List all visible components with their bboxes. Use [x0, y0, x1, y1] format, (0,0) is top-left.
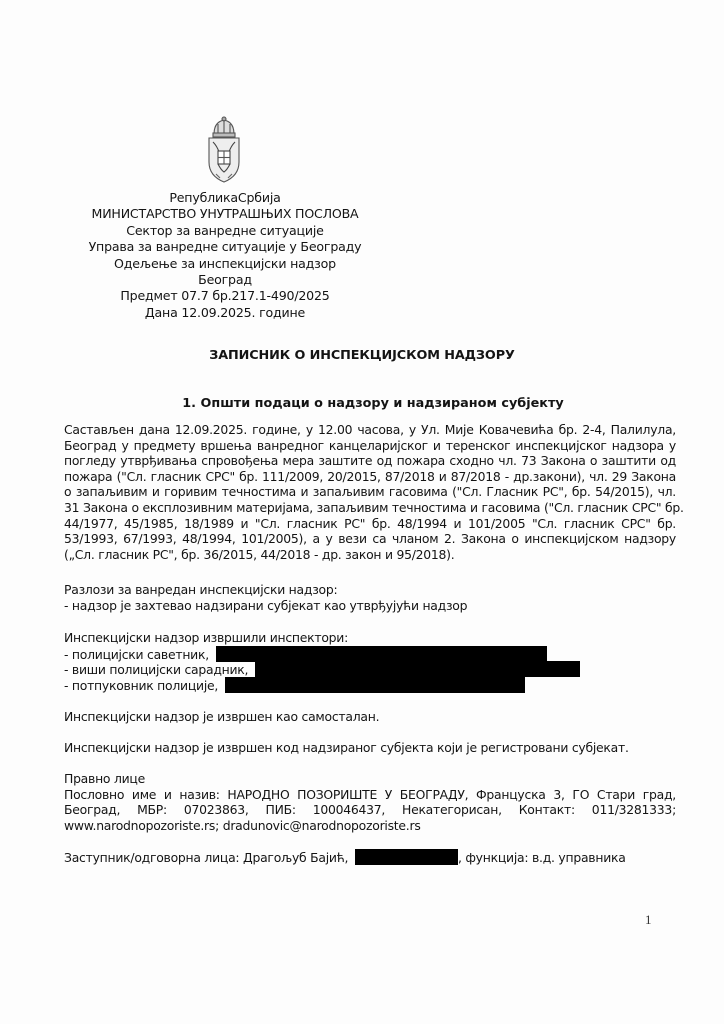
document-page: РепубликаСрбија МИНИСТАРСТВО УНУТРАШЊИХ …	[0, 0, 724, 1024]
reasons-block: Разлози за ванредан инспекцијски надзор:…	[64, 582, 467, 613]
intro-line: пожара ("Сл. гласник СРС" бр. 111/2009, …	[64, 469, 676, 485]
legal-entity-line: www.narodnopozoriste.rs; dradunovic@naro…	[64, 818, 676, 834]
serbian-coat-of-arms-icon	[206, 116, 242, 184]
inspectors-label: Инспекцијски надзор извршили инспектори:	[64, 630, 580, 646]
intro-line: Београд у предмету вршења ванредног канц…	[64, 438, 676, 454]
legal-entity-line: Пословно име и назив: НАРОДНО ПОЗОРИШТЕ …	[64, 787, 676, 803]
inspector-row: - потпуковник полиције,	[64, 677, 580, 694]
letterhead-case-number: Предмет 07.7 бр.217.1-490/2025	[60, 288, 390, 304]
section-title: 1. Општи подаци о надзору и надзираном с…	[0, 396, 724, 411]
inspectors-block: Инспекцијски надзор извршили инспектори:…	[64, 630, 580, 693]
representative-prefix: Заступник/одговорна лица: Драгољуб Бајић…	[64, 850, 348, 865]
inspector-role: - полицијски саветник,	[64, 647, 209, 662]
page-number: 1	[645, 912, 652, 928]
reasons-label: Разлози за ванредан инспекцијски надзор:	[64, 582, 467, 598]
letterhead-date: Дана 12.09.2025. године	[60, 305, 390, 321]
registered-statement: Инспекцијски надзор је извршен код надзи…	[64, 740, 629, 756]
legal-entity-block: Правно лице Пословно име и назив: НАРОДН…	[64, 771, 676, 833]
redaction-bar	[355, 849, 458, 865]
representative-line: Заступник/одговорна лица: Драгољуб Бајић…	[64, 849, 626, 866]
intro-line: 44/1977, 45/1985, 18/1989 и "Сл. гласник…	[64, 516, 676, 532]
representative-suffix: , функција: в.д. управника	[458, 850, 626, 865]
letterhead-city: Београд	[60, 272, 390, 288]
redaction-bar	[255, 661, 580, 677]
legal-entity-line: Београд, МБР: 07023863, ПИБ: 100046437, …	[64, 802, 676, 818]
intro-line: („Сл. гласник РС", бр. 36/2015, 44/2018 …	[64, 547, 676, 563]
independent-statement: Инспекцијски надзор је извршен као самос…	[64, 709, 379, 725]
redaction-bar	[216, 646, 547, 662]
redaction-bar	[225, 677, 525, 693]
letterhead-ministry: МИНИСТАРСТВО УНУТРАШЊИХ ПОСЛОВА	[60, 206, 390, 222]
intro-line: 53/1993, 67/1993, 48/1994, 101/2005), а …	[64, 531, 676, 547]
inspector-role: - виши полицијски сарадник,	[64, 662, 248, 677]
intro-line: Састављен дана 12.09.2025. године, у 12.…	[64, 422, 676, 438]
reasons-item: - надзор је захтевао надзирани субјекат …	[64, 598, 467, 614]
letterhead-department: Одељење за инспекцијски надзор	[60, 256, 390, 272]
inspector-row: - полицијски саветник,	[64, 646, 580, 663]
intro-line: погледу утврђивања спровођења мера зашти…	[64, 453, 676, 469]
document-title: ЗАПИСНИК О ИНСПЕКЦИЈСКОМ НАДЗОРУ	[0, 348, 724, 363]
legal-entity-label: Правно лице	[64, 771, 676, 787]
letterhead-sector: Сектор за ванредне ситуације	[60, 223, 390, 239]
intro-line: о запаљивим и горивим течностима и запаљ…	[64, 484, 676, 500]
inspector-row: - виши полицијски сарадник,	[64, 661, 580, 678]
letterhead: РепубликаСрбија МИНИСТАРСТВО УНУТРАШЊИХ …	[60, 190, 390, 321]
letterhead-republic: РепубликаСрбија	[60, 190, 390, 206]
intro-paragraph: Састављен дана 12.09.2025. године, у 12.…	[64, 422, 676, 562]
intro-line: 31 Закона о експлозивним материјама, зап…	[64, 500, 676, 516]
inspector-role: - потпуковник полиције,	[64, 678, 218, 693]
letterhead-directorate: Управа за ванредне ситуације у Београду	[60, 239, 390, 255]
